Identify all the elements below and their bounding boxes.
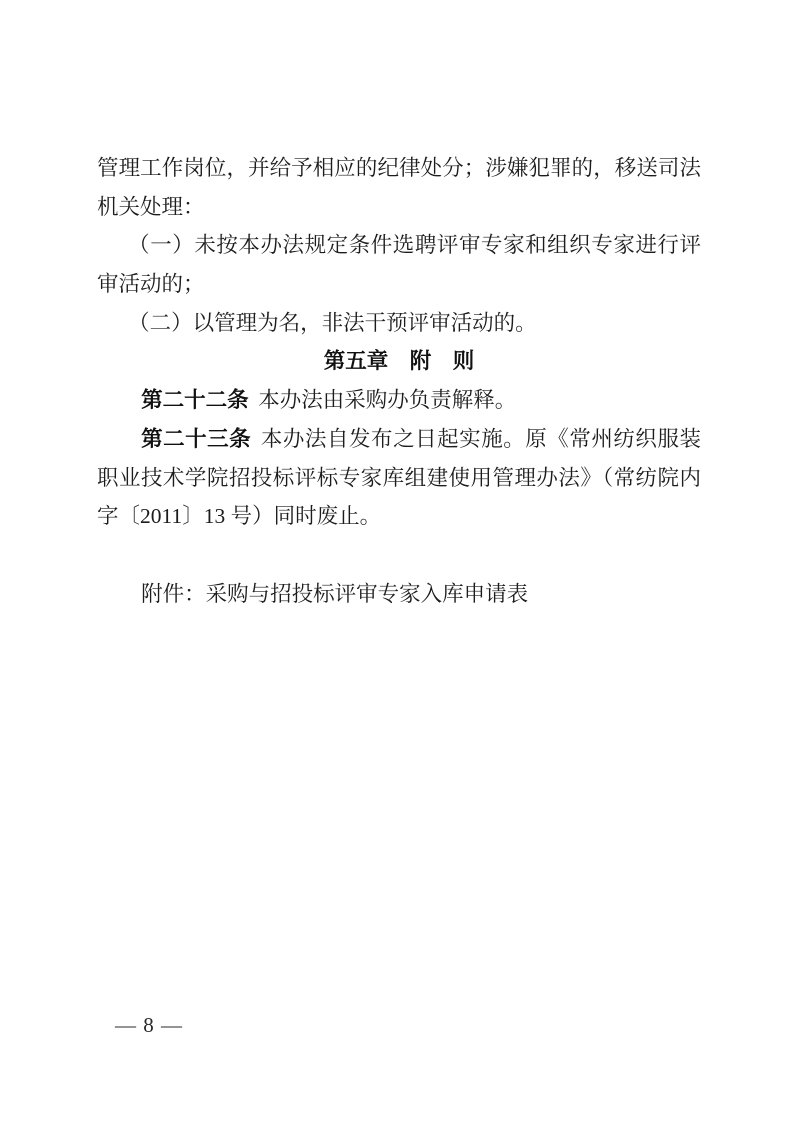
- article-22-number: 第二十二条: [141, 388, 249, 412]
- chapter-heading: 第五章 附 则: [97, 342, 701, 381]
- list-item-one-line-1: （一）未按本办法规定条件选聘评审专家和组织专家进行评: [97, 226, 701, 265]
- attachment-line: 附件：采购与招投标评审专家入库申请表: [97, 575, 701, 614]
- article-23-line-2: 职业技术学院招投标评标专家库组建使用管理办法》（常纺院内: [97, 459, 701, 498]
- article-22-text: 本办法由采购办负责解释。: [258, 388, 516, 412]
- document-page: 管理工作岗位，并给予相应的纪律处分；涉嫌犯罪的，移送司法 机关处理： （一）未按…: [0, 0, 794, 1123]
- paragraph-continuation-line-2: 机关处理：: [97, 188, 701, 227]
- article-23-number: 第二十三条: [141, 427, 251, 451]
- article-23-line-1: 第二十三条本办法自发布之日起实施。原《常州纺织服装: [97, 420, 701, 459]
- list-item-one-line-2: 审活动的；: [97, 265, 701, 304]
- list-item-two: （二）以管理为名，非法干预评审活动的。: [97, 304, 701, 343]
- blank-line: [97, 536, 701, 575]
- article-22: 第二十二条本办法由采购办负责解释。: [97, 381, 701, 420]
- article-23-line-3: 字〔2011〕13 号）同时废止。: [97, 497, 701, 536]
- paragraph-continuation-line-1: 管理工作岗位，并给予相应的纪律处分；涉嫌犯罪的，移送司法: [97, 149, 701, 188]
- page-number: — 8 —: [115, 1012, 183, 1038]
- article-23-text: 本办法自发布之日起实施。原《常州纺织服装: [261, 427, 701, 451]
- document-body: 管理工作岗位，并给予相应的纪律处分；涉嫌犯罪的，移送司法 机关处理： （一）未按…: [97, 149, 701, 613]
